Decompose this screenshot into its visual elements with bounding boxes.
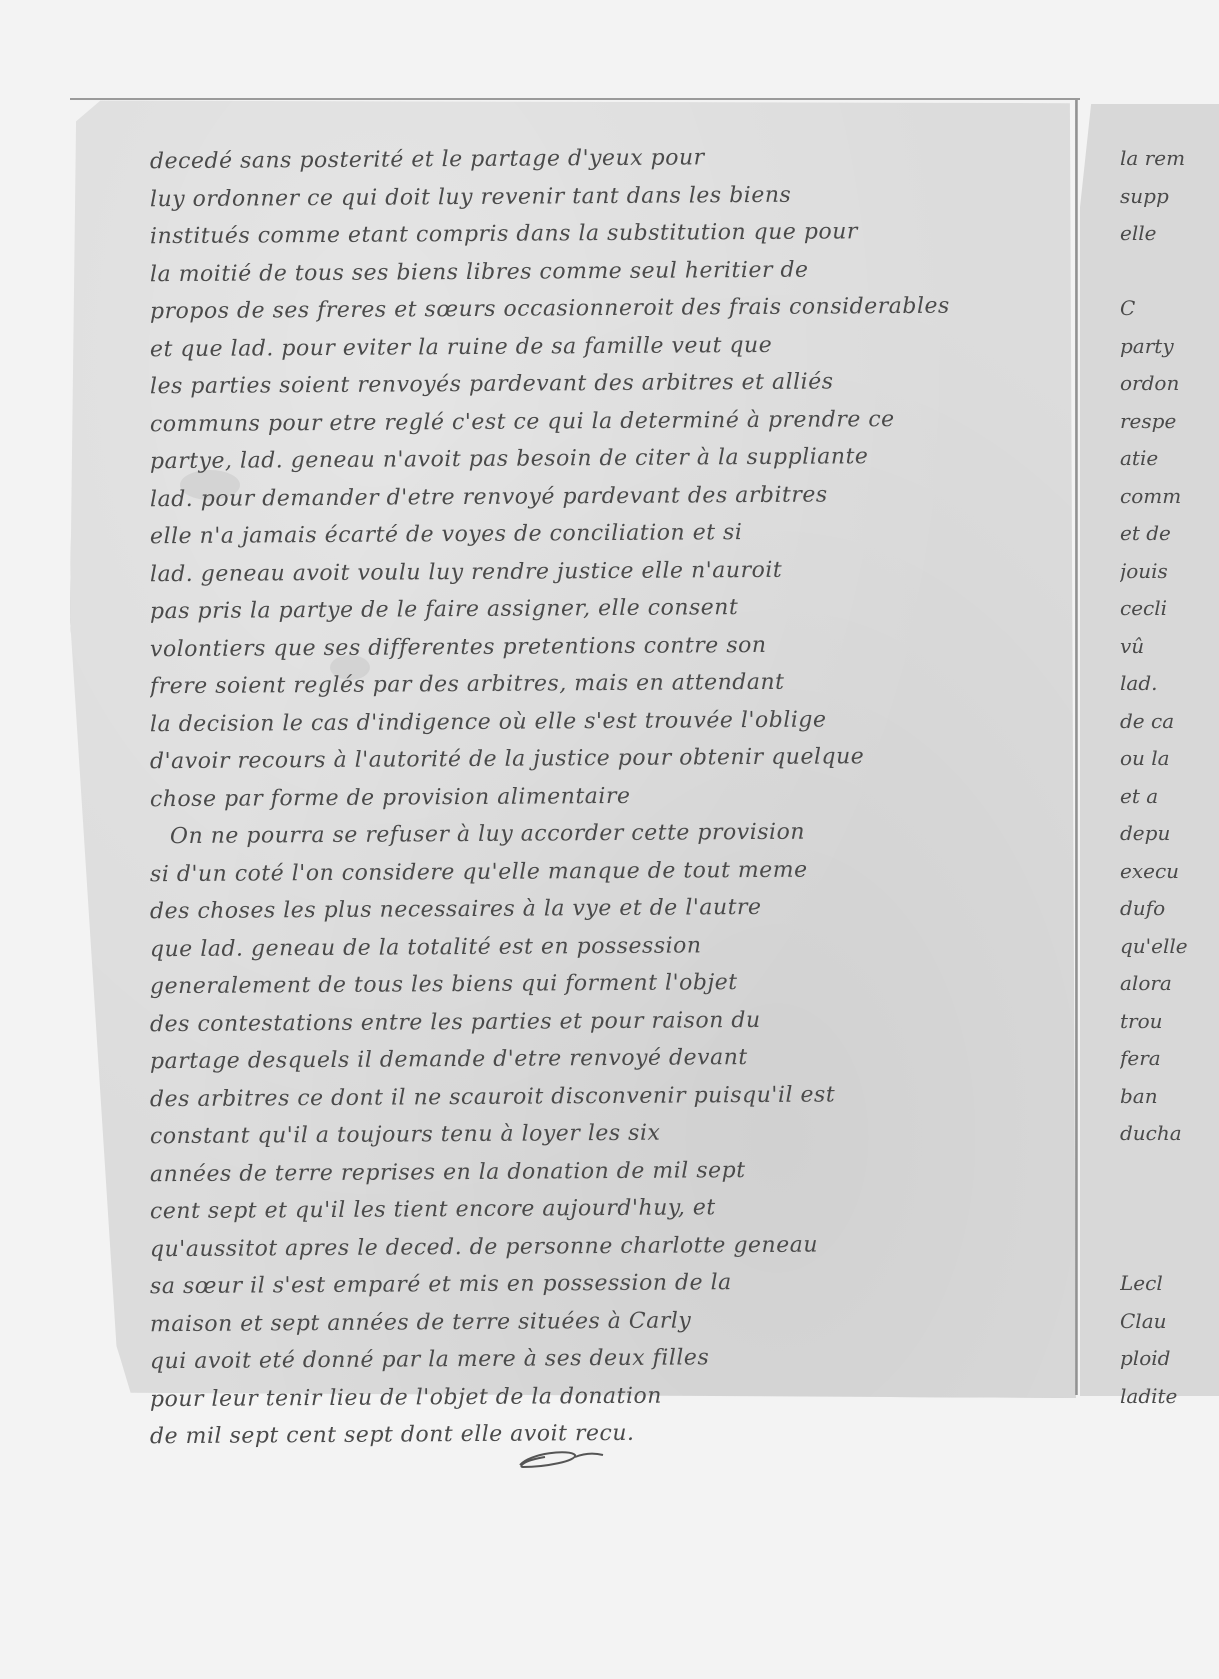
text-fragment: Lecl (1120, 1265, 1219, 1303)
text-line: lad. pour demander d'etre renvoyé pardev… (150, 474, 1070, 518)
text-line: lad. geneau avoit voulu luy rendre justi… (150, 549, 1070, 593)
text-line: On ne pourra se refuser à luy accorder c… (150, 812, 1070, 856)
text-fragment: la rem (1120, 140, 1219, 178)
facing-page-text: la rem supp elle C party ordon respe ati… (1120, 140, 1219, 1415)
page-fold-line (1075, 100, 1078, 1395)
text-line: partye, lad. geneau n'avoit pas besoin d… (150, 437, 1070, 481)
text-fragment: ordon (1120, 365, 1219, 403)
text-line: la decision le cas d'indigence où elle s… (150, 699, 1070, 743)
text-fragment: et a (1120, 778, 1219, 816)
closing-flourish-icon (515, 1443, 605, 1473)
text-fragment: C (1120, 290, 1219, 328)
text-fragment: party (1120, 328, 1219, 366)
text-line: institués comme etant compris dans la su… (150, 212, 1070, 256)
text-fragment: depu (1120, 815, 1219, 853)
text-fragment: dufo (1120, 890, 1219, 928)
text-line: propos de ses freres et sœurs occasionne… (150, 287, 1070, 331)
text-fragment: ploid (1120, 1340, 1219, 1378)
text-fragment: Clau (1120, 1303, 1219, 1341)
text-fragment (1120, 1153, 1219, 1191)
text-fragment (1120, 1228, 1219, 1266)
text-fragment: cecli (1120, 590, 1219, 628)
text-fragment: et de (1120, 515, 1219, 553)
text-fragment: atie (1120, 440, 1219, 478)
text-line: de mil sept cent sept dont elle avoit re… (150, 1412, 1070, 1456)
text-line: pas pris la partye de le faire assigner,… (150, 587, 1070, 631)
text-fragment: lad. (1120, 665, 1219, 703)
text-fragment: ducha (1120, 1115, 1219, 1153)
text-line: volontiers que ses differentes pretentio… (150, 624, 1070, 668)
text-fragment: ban (1120, 1078, 1219, 1116)
text-line: que lad. geneau de la totalité est en po… (150, 924, 1070, 968)
text-line: chose par forme de provision alimentaire (150, 774, 1070, 818)
text-line: années de terre reprises en la donation … (150, 1149, 1070, 1193)
text-fragment (1120, 1190, 1219, 1228)
text-line: sa sœur il s'est emparé et mis en posses… (150, 1262, 1070, 1306)
text-fragment: de ca (1120, 703, 1219, 741)
text-line: luy ordonner ce qui doit luy revenir tan… (150, 174, 1070, 218)
text-fragment: vû (1120, 628, 1219, 666)
text-fragment: qu'elle (1120, 928, 1219, 966)
text-line: et que lad. pour eviter la ruine de sa f… (150, 324, 1070, 368)
text-line: partage desquels il demande d'etre renvo… (150, 1037, 1070, 1081)
text-line: qu'aussitot apres le deced. de personne … (150, 1224, 1070, 1268)
text-fragment: supp (1120, 178, 1219, 216)
text-fragment: trou (1120, 1003, 1219, 1041)
text-fragment: comm (1120, 478, 1219, 516)
manuscript-body-text: decedé sans posterité et le partage d'ye… (150, 140, 1070, 1453)
text-line: des choses les plus necessaires à la vye… (150, 887, 1070, 931)
text-line: decedé sans posterité et le partage d'ye… (150, 137, 1070, 181)
text-fragment: elle (1120, 215, 1219, 253)
text-line: des arbitres ce dont il ne scauroit disc… (150, 1074, 1070, 1118)
text-line: d'avoir recours à l'autorité de la justi… (150, 737, 1070, 781)
text-line: communs pour etre reglé c'est ce qui la … (150, 399, 1070, 443)
text-fragment: ou la (1120, 740, 1219, 778)
text-fragment: alora (1120, 965, 1219, 1003)
text-line: si d'un coté l'on considere qu'elle manq… (150, 849, 1070, 893)
text-fragment: fera (1120, 1040, 1219, 1078)
text-line: frere soient reglés par des arbitres, ma… (150, 662, 1070, 706)
page-top-edge (70, 98, 1080, 100)
text-fragment: ladite (1120, 1378, 1219, 1416)
text-line: generalement de tous les biens qui forme… (150, 962, 1070, 1006)
text-fragment: respe (1120, 403, 1219, 441)
text-fragment: jouis (1120, 553, 1219, 591)
text-line: pour leur tenir lieu de l'objet de la do… (150, 1374, 1070, 1418)
text-line: elle n'a jamais écarté de voyes de conci… (150, 512, 1070, 556)
text-line: maison et sept années de terre situées à… (150, 1299, 1070, 1343)
text-line: les parties soient renvoyés pardevant de… (150, 362, 1070, 406)
text-line: la moitié de tous ses biens libres comme… (150, 249, 1070, 293)
text-line: qui avoit eté donné par la mere à ses de… (150, 1337, 1070, 1381)
text-line: des contestations entre les parties et p… (150, 999, 1070, 1043)
text-line: cent sept et qu'il les tient encore aujo… (150, 1187, 1070, 1231)
text-fragment (1120, 253, 1219, 291)
text-fragment: execu (1120, 853, 1219, 891)
text-line: constant qu'il a toujours tenu à loyer l… (150, 1112, 1070, 1156)
